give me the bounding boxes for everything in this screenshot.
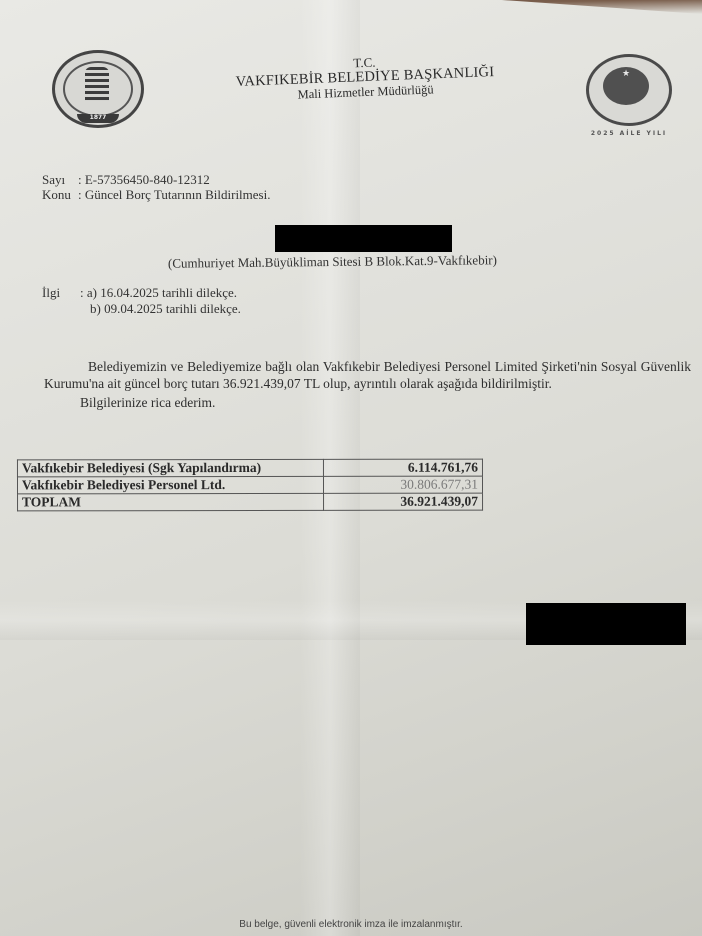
emblem-caption: 2025 AİLE YILI: [589, 130, 669, 137]
seal-monument-graphic: [85, 67, 109, 101]
row-label: Vakfıkebir Belediyesi Personel Ltd.: [17, 476, 323, 494]
recipient-name-redaction: [275, 225, 452, 252]
family-year-emblem-icon: ★ 2025 AİLE YILI: [586, 54, 672, 126]
row-amount: 30.806.677,31: [323, 476, 482, 493]
row-label: Vakfıkebir Belediyesi (Sgk Yapılandırma): [17, 459, 323, 477]
letter-body: Belediyemizin ve Belediyemize bağlı olan…: [44, 358, 691, 411]
related-item: İlgi: a) 16.04.2025 tarihli dilekçe.: [42, 285, 241, 301]
municipality-seal-icon: 1877: [52, 50, 144, 128]
reference-number-value: : E-57356450-840-12312: [78, 172, 210, 187]
letterhead: T.C. VAKFIKEBİR BELEDİYE BAŞKANLIĞI Mali…: [229, 51, 500, 104]
table-row: Vakfıkebir Belediyesi Personel Ltd. 30.8…: [17, 476, 482, 494]
recipient-address: (Cumhuriyet Mah.Büyükliman Sitesi B Blok…: [168, 252, 497, 271]
background-table-edge: [432, 0, 702, 14]
closing-line: Bilgilerinize rica ederim.: [44, 394, 691, 411]
total-amount: 36.921.439,07: [324, 493, 483, 510]
related-item-b: b) 09.04.2025 tarihli dilekçe.: [90, 301, 241, 316]
debt-table: Vakfıkebir Belediyesi (Sgk Yapılandırma)…: [17, 459, 483, 512]
seal-year: 1877: [55, 114, 141, 121]
table-row: Vakfıkebir Belediyesi (Sgk Yapılandırma)…: [17, 459, 482, 477]
signature-redaction: [526, 603, 686, 645]
related-item-a: : a) 16.04.2025 tarihli dilekçe.: [80, 285, 237, 300]
row-amount: 6.114.761,76: [323, 459, 482, 476]
total-label: TOPLAM: [18, 493, 324, 511]
related-references: İlgi: a) 16.04.2025 tarihli dilekçe. b) …: [42, 285, 241, 317]
related-item: b) 09.04.2025 tarihli dilekçe.: [42, 301, 241, 317]
star-icon: ★: [603, 69, 649, 79]
reference-number-label: Sayı: [42, 172, 78, 188]
e-signature-note: Bu belge, güvenli elektronik imza ile im…: [0, 919, 702, 930]
reference-subject-label: Konu: [42, 187, 78, 203]
reference-number: Sayı: E-57356450-840-12312: [42, 172, 210, 188]
table-row-total: TOPLAM 36.921.439,07: [18, 493, 483, 511]
body-paragraph: Belediyemizin ve Belediyemize bağlı olan…: [44, 358, 691, 392]
reference-subject: Konu: Güncel Borç Tutarının Bildirilmesi…: [42, 187, 270, 203]
related-label: İlgi: [42, 285, 80, 301]
reference-subject-value: : Güncel Borç Tutarının Bildirilmesi.: [78, 187, 270, 202]
emblem-core: ★: [603, 67, 649, 105]
